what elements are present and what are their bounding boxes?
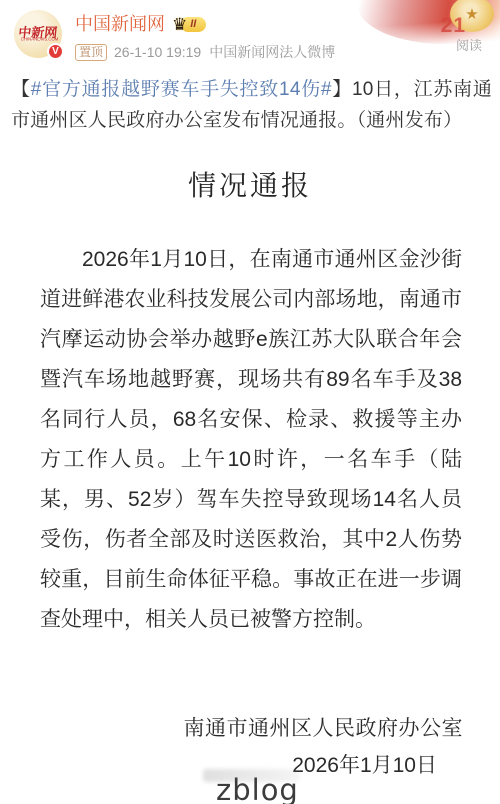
bracket-close: 】: [332, 79, 352, 100]
reads-label: 阅读: [456, 35, 482, 54]
notice-signature: 南通市通州区人民政府办公室: [184, 712, 464, 742]
post-header: 中新网 CHINANEWS.COM V 中国新闻网 ♛ II 置顶 26-1-1…: [14, 10, 335, 62]
name-row: 中国新闻网 ♛ II: [75, 13, 335, 35]
star-icon: ★: [465, 5, 478, 23]
meta-row: 置顶 26-1-10 19:19 中国新闻网法人微博: [75, 42, 335, 62]
site-watermark: zblog: [216, 773, 299, 804]
post-source-link[interactable]: 中国新闻网法人微博: [209, 42, 335, 62]
notice-image[interactable]: 情况通报 2026年1月10日，在南通市通州区金沙街道进鲜港农业科技发展公司内部…: [0, 140, 500, 804]
weibo-post-card: ★ 21 阅读 中新网 CHINANEWS.COM V 中国新闻网 ♛ II 置…: [0, 0, 500, 804]
notice-title: 情况通报: [0, 164, 500, 204]
gold-medal-icon: ★: [450, 0, 494, 32]
red-flag-graphic: [356, 0, 500, 51]
notice-date: 2026年1月10日: [292, 749, 437, 779]
avatar-logo-subtext: CHINANEWS.COM: [21, 38, 56, 42]
reads-count: 21: [441, 14, 466, 38]
notice-body: 2026年1月10日，在南通市通州区金沙街道进鲜港农业科技发展公司内部场地，南通…: [40, 240, 462, 640]
bracket-open: 【: [11, 79, 31, 100]
crown-icon: ♛: [172, 16, 187, 33]
avatar[interactable]: 中新网 CHINANEWS.COM V: [14, 10, 62, 58]
post-timestamp: 26-1-10 19:19: [114, 44, 201, 60]
hashtag-link[interactable]: #官方通报越野赛车手失控致14伤#: [31, 79, 332, 100]
decorative-banner: ★ 21 阅读: [350, 0, 500, 62]
post-text: 【#官方通报越野赛车手失控致14伤#】10日，江苏南通市通州区人民政府办公室发布…: [11, 74, 492, 136]
account-name[interactable]: 中国新闻网: [75, 13, 165, 35]
verified-badge-icon: V: [47, 43, 64, 60]
header-info: 中国新闻网 ♛ II 置顶 26-1-10 19:19 中国新闻网法人微博: [75, 10, 335, 62]
vip-badge: ♛ II: [172, 16, 206, 33]
pinned-tag: 置顶: [75, 44, 107, 61]
